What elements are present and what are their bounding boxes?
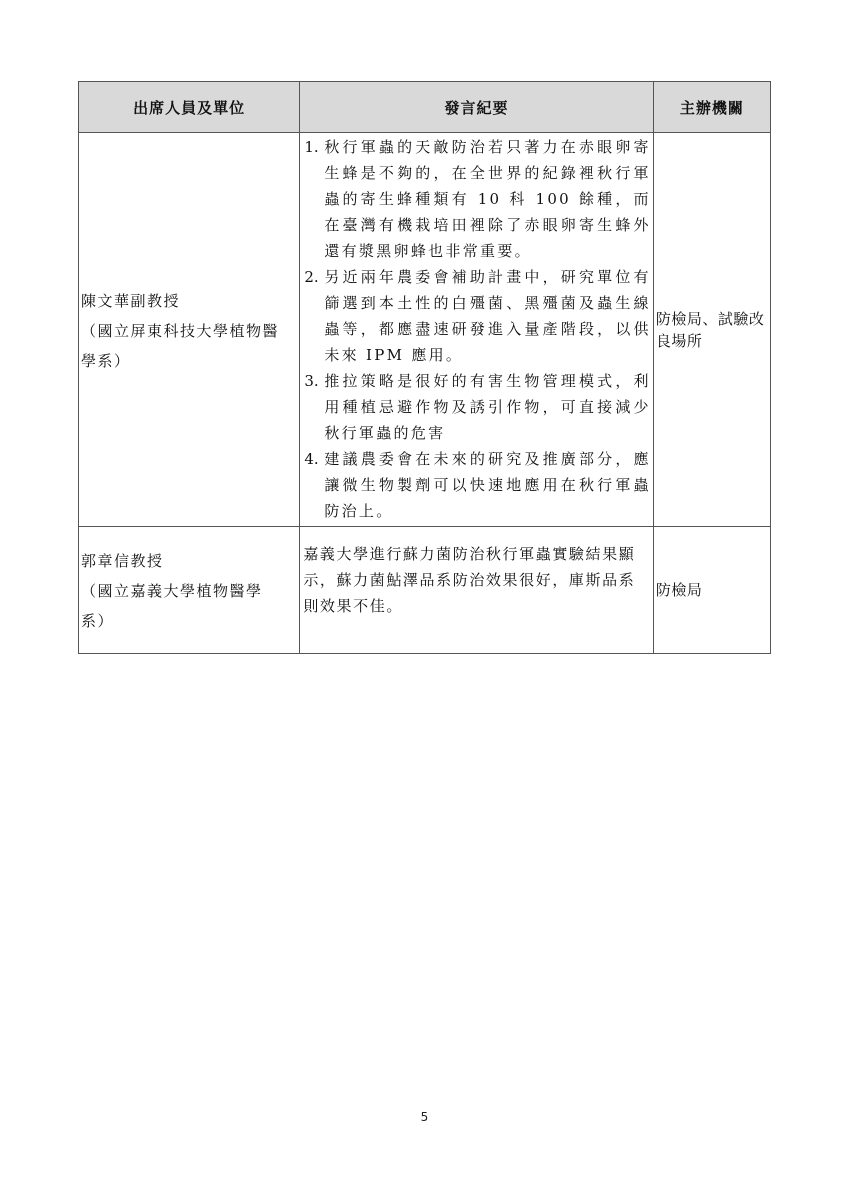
speech-item-number: 3. [304, 368, 318, 394]
speech-item-text: 另近兩年農委會補助計畫中，研究單位有篩選到本土性的白殭菌、黑殭菌及蟲生線蟲等，都… [324, 268, 651, 364]
speech-item-number: 1. [304, 134, 318, 160]
page-number: 5 [0, 1110, 849, 1124]
speech-item: 1. 秋行軍蟲的天敵防治若只著力在赤眼卵寄生蜂是不夠的，在全世界的紀錄裡秋行軍蟲… [302, 134, 651, 264]
attendee-unit-line1: （國立屏東科技大學植物醫 [81, 316, 297, 346]
minutes-table: 出席人員及單位 發言紀要 主辦機關 陳文華副教授 （國立屏東科技大學植物醫 學系… [78, 81, 771, 654]
attendee-cell: 郭章信教授 （國立嘉義大學植物醫學 系） [79, 527, 300, 654]
speech-item-number: 4. [304, 446, 318, 472]
header-speech-summary: 發言紀要 [300, 82, 654, 133]
table-row: 陳文華副教授 （國立屏東科技大學植物醫 學系） 1. 秋行軍蟲的天敵防治若只著力… [79, 133, 771, 527]
speech-item: 3. 推拉策略是很好的有害生物管理模式，利用種植忌避作物及誘引作物，可直接減少秋… [302, 368, 651, 446]
header-attendee: 出席人員及單位 [79, 82, 300, 133]
speech-list: 1. 秋行軍蟲的天敵防治若只著力在赤眼卵寄生蜂是不夠的，在全世界的紀錄裡秋行軍蟲… [302, 134, 651, 524]
host-agency-cell: 防檢局 [653, 527, 770, 654]
attendee-name: 郭章信教授 [81, 546, 297, 576]
attendee-name: 陳文華副教授 [81, 286, 297, 316]
speech-item-number: 2. [304, 264, 318, 290]
table-row: 郭章信教授 （國立嘉義大學植物醫學 系） 嘉義大學進行蘇力菌防治秋行軍蟲實驗結果… [79, 527, 771, 654]
speech-item-text: 秋行軍蟲的天敵防治若只著力在赤眼卵寄生蜂是不夠的，在全世界的紀錄裡秋行軍蟲的寄生… [324, 138, 651, 260]
header-host-agency: 主辦機關 [653, 82, 770, 133]
speech-item: 4. 建議農委會在未來的研究及推廣部分，應讓微生物製劑可以快速地應用在秋行軍蟲防… [302, 446, 651, 524]
speech-cell: 嘉義大學進行蘇力菌防治秋行軍蟲實驗結果顯示，蘇力菌鮎澤品系防治效果很好，庫斯品系… [300, 527, 654, 654]
attendee-cell: 陳文華副教授 （國立屏東科技大學植物醫 學系） [79, 133, 300, 527]
attendee-unit-line1: （國立嘉義大學植物醫學 [81, 576, 297, 606]
host-agency-cell: 防檢局、試驗改良場所 [653, 133, 770, 527]
table-header-row: 出席人員及單位 發言紀要 主辦機關 [79, 82, 771, 133]
attendee-unit-line2: 學系） [81, 346, 297, 376]
attendee-unit-line2: 系） [81, 606, 297, 636]
speech-item-text: 推拉策略是很好的有害生物管理模式，利用種植忌避作物及誘引作物，可直接減少秋行軍蟲… [324, 372, 651, 442]
speech-item: 2. 另近兩年農委會補助計畫中，研究單位有篩選到本土性的白殭菌、黑殭菌及蟲生線蟲… [302, 264, 651, 368]
speech-item-text: 建議農委會在未來的研究及推廣部分，應讓微生物製劑可以快速地應用在秋行軍蟲防治上。 [324, 450, 651, 520]
speech-cell: 1. 秋行軍蟲的天敵防治若只著力在赤眼卵寄生蜂是不夠的，在全世界的紀錄裡秋行軍蟲… [300, 133, 654, 527]
